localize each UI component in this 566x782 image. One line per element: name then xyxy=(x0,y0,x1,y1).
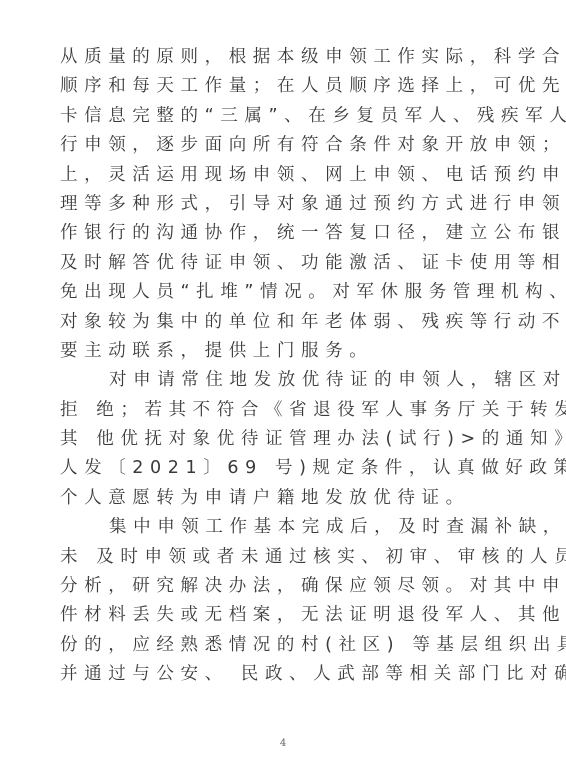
text-line: 从质量的原则，根据本级申领工作实际，科学合理安排办理 xyxy=(60,43,520,72)
paragraph-3: 集中申领工作基本完成后，及时查漏补缺，对个别前期 未 及时申领或者未通过核实、初… xyxy=(60,513,520,689)
text-line: 件材料丢失或无档案，无法证明退役军人、其他优抚对象身 xyxy=(60,601,520,630)
text-line: 对象较为集中的单位和年老体弱、残疾等行动不便的对象， xyxy=(60,308,520,337)
paragraph-1: 从质量的原则，根据本级申领工作实际，科学合理安排办理 顺序和每天工作量；在人员顺… xyxy=(60,43,520,366)
text-line: 行申领，逐步面向所有符合条件对象开放申领；在方式方法 xyxy=(60,131,520,160)
text-line: 分析，研究解决办法，确保应领尽领。对其中申领人相关证 xyxy=(60,572,520,601)
text-line: 理等多种形式，引导对象通过预约方式进行申领；加强与合 xyxy=(60,190,520,219)
text-line: 卡信息完整的“三属”、在乡复员军人、残疾军人等对象进 xyxy=(60,102,520,131)
text-line-first-indent: 对申请常住地发放优待证的申领人，辖区对其申请不得 xyxy=(60,366,520,395)
page-number: 4 xyxy=(0,738,566,749)
text-line: 未 及时申领或者未通过核实、初审、审核的人员进行梳理 xyxy=(60,543,520,572)
text-line: 要主动联系，提供上门服务。 xyxy=(60,337,520,366)
text-line: 其 他优抚对象优待证管理办法(试行)>的通知》(鄂退役军 xyxy=(60,425,520,454)
text-line: 个人意愿转为申请户籍地发放优待证。 xyxy=(60,484,520,513)
text-line: 上，灵活运用现场申领、网上申领、电话预约申领、上门办 xyxy=(60,161,520,190)
text-line: 份的，应经熟悉情况的村(社区) 等基层组织出具相关材料， xyxy=(60,631,520,660)
text-line: 作银行的沟通协作，统一答复口径，建立公布银行服务专线， xyxy=(60,219,520,248)
text-line: 并通过与公安、 民政、人武部等相关部门比对确认身份。 xyxy=(60,660,520,689)
text-line-first-indent: 集中申领工作基本完成后，及时查漏补缺，对个别前期 xyxy=(60,513,520,542)
text-line: 人发〔2021〕69 号)规定条件，认真做好政策解释，并根据其 xyxy=(60,454,520,483)
body-text: 从质量的原则，根据本级申领工作实际，科学合理安排办理 顺序和每天工作量；在人员顺… xyxy=(60,43,520,690)
text-line: 免出现人员“扎堆”情况。对军休服务管理机构、光荣院等 xyxy=(60,278,520,307)
text-line: 及时解答优待证申领、功能激活、证卡使用等相关问题，避 xyxy=(60,249,520,278)
document-page: 从质量的原则，根据本级申领工作实际，科学合理安排办理 顺序和每天工作量；在人员顺… xyxy=(0,0,566,782)
paragraph-2: 对申请常住地发放优待证的申领人，辖区对其申请不得 拒 绝；若其不符合《省退役军人… xyxy=(60,366,520,513)
text-line: 拒 绝；若其不符合《省退役军人事务厅关于转发<退役军人、 xyxy=(60,396,520,425)
text-line: 顺序和每天工作量；在人员顺序选择上，可优先安排建档立 xyxy=(60,72,520,101)
